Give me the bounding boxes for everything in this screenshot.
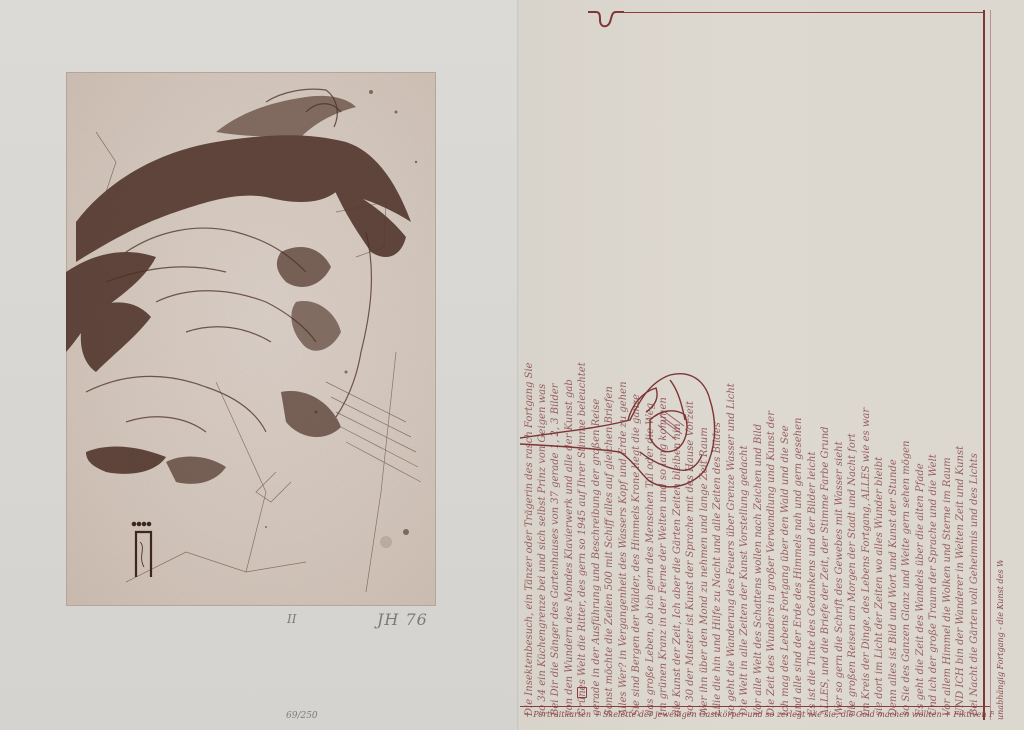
text-column: UND ICH bin der Wanderer in Welten Zeit …	[955, 8, 967, 716]
text-column: Vor alle Welt des Schattens wollen nach …	[753, 8, 765, 716]
frame-line-right	[983, 10, 985, 720]
text-column: so geht die Wanderung des Feuers über Gr…	[726, 8, 738, 716]
manuscript-sheet: Die Insektenbesuch, ein Tänzer oder Träg…	[520, 0, 1024, 730]
text-column: Es geht die Zeit des Wandels über die al…	[915, 8, 927, 716]
text-column: Und ich der große Traum der Sprache und …	[928, 8, 940, 716]
anatomical-drawing	[520, 360, 720, 500]
text-column: Im Kreis der Dinge, des Lebens Fortgang,…	[861, 8, 873, 716]
text-column: Wer so gern die Schrift des Gewebes mit …	[834, 8, 846, 716]
text-column: Vor allem Himmel die Wolken und Sterne i…	[942, 8, 954, 716]
text-column: Es ist die Tinte des Gedankens und der B…	[807, 8, 819, 716]
text-column: Die Welt in alle Zeiten der Kunst Vorste…	[739, 8, 751, 716]
artist-signature: JH 76	[377, 610, 428, 629]
manuscript-footer-text: + Portraitkarten + Skelette der jeweilig…	[524, 710, 994, 724]
text-column: ALLES, und die Briefe der Zeit, der Stim…	[820, 8, 832, 716]
frame-line-right-inner	[990, 10, 991, 720]
text-column: Die Zeit des Wunders in großer Verwandlu…	[766, 8, 778, 716]
text-column: so Sie des Ganzen Glanz und Weite gern s…	[901, 8, 913, 716]
etching-plate	[66, 72, 436, 606]
margin-note: unabhängig Fortgang - die Kunst des Wand…	[996, 560, 1008, 720]
text-column: Bei Nacht die Gärten voll Geheimnis und …	[969, 8, 981, 716]
frame-line-bottom	[520, 706, 990, 707]
edition-mark: II	[287, 612, 296, 626]
portrait-etching-drawing	[66, 72, 436, 606]
text-column: Ich mag des Lebens Fortgang über den Wal…	[780, 8, 792, 716]
text-column: und alle sind der Erde des Himmels nah u…	[793, 8, 805, 716]
edition-number: 69/250	[286, 711, 318, 721]
frame-line-top	[616, 12, 984, 13]
square-glyph	[577, 687, 587, 698]
text-column: Denn alles ist Bild und Wort und Kunst d…	[888, 8, 900, 716]
text-column: die großen Reisen am Morgen der Stadt un…	[847, 8, 859, 716]
text-column: sie dort im Licht der Zeiten wo alles Wu…	[874, 8, 886, 716]
etching-sheet: II JH 76 69/250	[0, 0, 520, 730]
